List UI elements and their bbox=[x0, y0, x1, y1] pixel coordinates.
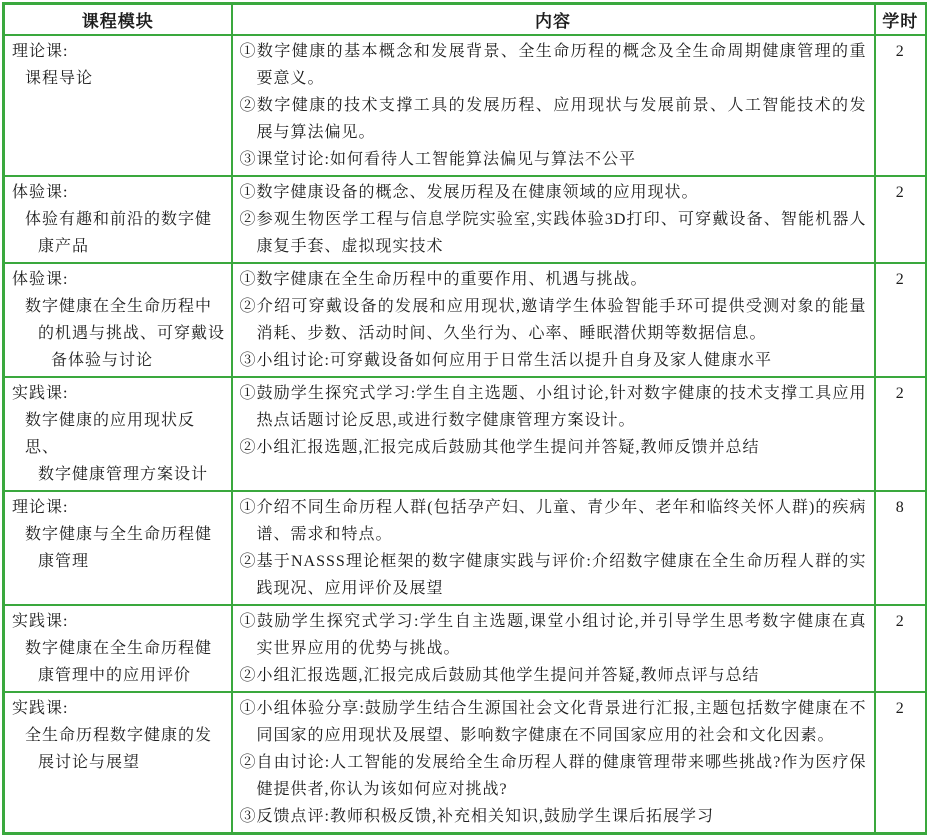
hours-cell: 2 bbox=[875, 605, 927, 692]
module-type-label: 实践课: bbox=[12, 608, 227, 635]
module-type-label: 理论课: bbox=[12, 494, 227, 521]
module-title-line: 备体验与讨论 bbox=[12, 347, 227, 374]
course-row: 理论课:课程导论①数字健康的基本概念和发展背景、全生命历程的概念及全生命周期健康… bbox=[4, 35, 927, 176]
module-title-line: 全生命历程数字健康的发 bbox=[12, 722, 227, 749]
header-row: 课程模块 内容 学时 bbox=[4, 4, 927, 36]
header-module: 课程模块 bbox=[4, 4, 232, 36]
header-content: 内容 bbox=[232, 4, 875, 36]
course-row: 实践课:数字健康的应用现状反思、数字健康管理方案设计①鼓励学生探究式学习:学生自… bbox=[4, 377, 927, 491]
hours-cell: 2 bbox=[875, 176, 927, 263]
course-row: 体验课:数字健康在全生命历程中的机遇与挑战、可穿戴设备体验与讨论①数字健康在全生… bbox=[4, 263, 927, 377]
module-title-line: 数字健康的应用现状反思、 bbox=[12, 407, 227, 461]
course-table-header: 课程模块 内容 学时 bbox=[4, 4, 927, 36]
header-hours: 学时 bbox=[875, 4, 927, 36]
content-item: ①数字健康在全生命历程中的重要作用、机遇与挑战。 bbox=[240, 266, 867, 293]
content-item: ②介绍可穿戴设备的发展和应用现状,邀请学生体验智能手环可提供受测对象的能量消耗、… bbox=[240, 293, 867, 347]
module-title-line: 数字健康管理方案设计 bbox=[12, 461, 227, 488]
content-item: ①小组体验分享:鼓励学生结合生源国社会文化背景进行汇报,主题包括数字健康在不同国… bbox=[240, 695, 867, 749]
hours-cell: 2 bbox=[875, 692, 927, 834]
module-title-line: 数字健康与全生命历程健 bbox=[12, 521, 227, 548]
course-row: 实践课:数字健康在全生命历程健康管理中的应用评价①鼓励学生探究式学习:学生自主选… bbox=[4, 605, 927, 692]
module-title-line: 体验有趣和前沿的数字健 bbox=[12, 206, 227, 233]
course-row: 体验课:体验有趣和前沿的数字健康产品①数字健康设备的概念、发展历程及在健康领域的… bbox=[4, 176, 927, 263]
module-title-line: 康管理中的应用评价 bbox=[12, 662, 227, 689]
module-title-line: 数字健康在全生命历程健 bbox=[12, 635, 227, 662]
hours-cell: 2 bbox=[875, 263, 927, 377]
module-title-line: 康产品 bbox=[12, 233, 227, 260]
module-title-line: 课程导论 bbox=[12, 65, 227, 92]
content-item: ②自由讨论:人工智能的发展给全生命历程人群的健康管理带来哪些挑战?作为医疗保健提… bbox=[240, 749, 867, 803]
module-type-label: 实践课: bbox=[12, 380, 227, 407]
module-type-label: 实践课: bbox=[12, 695, 227, 722]
module-type-label: 理论课: bbox=[12, 38, 227, 65]
content-cell: ①数字健康设备的概念、发展历程及在健康领域的应用现状。②参观生物医学工程与信息学… bbox=[232, 176, 875, 263]
content-cell: ①数字健康在全生命历程中的重要作用、机遇与挑战。②介绍可穿戴设备的发展和应用现状… bbox=[232, 263, 875, 377]
content-item: ①介绍不同生命历程人群(包括孕产妇、儿童、青少年、老年和临终关怀人群)的疾病谱、… bbox=[240, 494, 867, 548]
content-item: ②数字健康的技术支撑工具的发展历程、应用现状与发展前景、人工智能技术的发展与算法… bbox=[240, 92, 867, 146]
content-cell: ①鼓励学生探究式学习:学生自主选题、小组讨论,针对数字健康的技术支撑工具应用热点… bbox=[232, 377, 875, 491]
content-item: ③小组讨论:可穿戴设备如何应用于日常生活以提升自身及家人健康水平 bbox=[240, 347, 867, 374]
content-cell: ①介绍不同生命历程人群(包括孕产妇、儿童、青少年、老年和临终关怀人群)的疾病谱、… bbox=[232, 491, 875, 605]
module-cell: 实践课:数字健康的应用现状反思、数字健康管理方案设计 bbox=[4, 377, 232, 491]
content-item: ②基于NASSS理论框架的数字健康实践与评价:介绍数字健康在全生命历程人群的实践… bbox=[240, 548, 867, 602]
content-cell: ①鼓励学生探究式学习:学生自主选题,课堂小组讨论,并引导学生思考数字健康在真实世… bbox=[232, 605, 875, 692]
content-item: ③反馈点评:教师积极反馈,补充相关知识,鼓励学生课后拓展学习 bbox=[240, 803, 867, 830]
module-title-line: 康管理 bbox=[12, 548, 227, 575]
hours-cell: 2 bbox=[875, 35, 927, 176]
module-cell: 体验课:体验有趣和前沿的数字健康产品 bbox=[4, 176, 232, 263]
content-item: ③课堂讨论:如何看待人工智能算法偏见与算法不公平 bbox=[240, 146, 867, 173]
course-row: 理论课:数字健康与全生命历程健康管理①介绍不同生命历程人群(包括孕产妇、儿童、青… bbox=[4, 491, 927, 605]
content-item: ②参观生物医学工程与信息学院实验室,实践体验3D打印、可穿戴设备、智能机器人康复… bbox=[240, 206, 867, 260]
module-type-label: 体验课: bbox=[12, 179, 227, 206]
content-cell: ①数字健康的基本概念和发展背景、全生命历程的概念及全生命周期健康管理的重要意义。… bbox=[232, 35, 875, 176]
content-cell: ①小组体验分享:鼓励学生结合生源国社会文化背景进行汇报,主题包括数字健康在不同国… bbox=[232, 692, 875, 834]
content-item: ②小组汇报选题,汇报完成后鼓励其他学生提问并答疑,教师点评与总结 bbox=[240, 662, 867, 689]
module-cell: 理论课:数字健康与全生命历程健康管理 bbox=[4, 491, 232, 605]
content-item: ①数字健康设备的概念、发展历程及在健康领域的应用现状。 bbox=[240, 179, 867, 206]
module-cell: 理论课:课程导论 bbox=[4, 35, 232, 176]
module-title-line: 的机遇与挑战、可穿戴设 bbox=[12, 320, 227, 347]
module-title-line: 数字健康在全生命历程中 bbox=[12, 293, 227, 320]
course-table-body: 理论课:课程导论①数字健康的基本概念和发展背景、全生命历程的概念及全生命周期健康… bbox=[4, 35, 927, 834]
module-cell: 体验课:数字健康在全生命历程中的机遇与挑战、可穿戴设备体验与讨论 bbox=[4, 263, 232, 377]
course-table: 课程模块 内容 学时 理论课:课程导论①数字健康的基本概念和发展背景、全生命历程… bbox=[2, 2, 927, 835]
hours-cell: 2 bbox=[875, 377, 927, 491]
content-item: ①数字健康的基本概念和发展背景、全生命历程的概念及全生命周期健康管理的重要意义。 bbox=[240, 38, 867, 92]
module-cell: 实践课:数字健康在全生命历程健康管理中的应用评价 bbox=[4, 605, 232, 692]
content-item: ①鼓励学生探究式学习:学生自主选题,课堂小组讨论,并引导学生思考数字健康在真实世… bbox=[240, 608, 867, 662]
course-table-wrapper: 课程模块 内容 学时 理论课:课程导论①数字健康的基本概念和发展背景、全生命历程… bbox=[0, 0, 927, 837]
course-row: 实践课:全生命历程数字健康的发展讨论与展望①小组体验分享:鼓励学生结合生源国社会… bbox=[4, 692, 927, 834]
module-cell: 实践课:全生命历程数字健康的发展讨论与展望 bbox=[4, 692, 232, 834]
hours-cell: 8 bbox=[875, 491, 927, 605]
module-type-label: 体验课: bbox=[12, 266, 227, 293]
module-title-line: 展讨论与展望 bbox=[12, 749, 227, 776]
content-item: ①鼓励学生探究式学习:学生自主选题、小组讨论,针对数字健康的技术支撑工具应用热点… bbox=[240, 380, 867, 434]
content-item: ②小组汇报选题,汇报完成后鼓励其他学生提问并答疑,教师反馈并总结 bbox=[240, 434, 867, 461]
